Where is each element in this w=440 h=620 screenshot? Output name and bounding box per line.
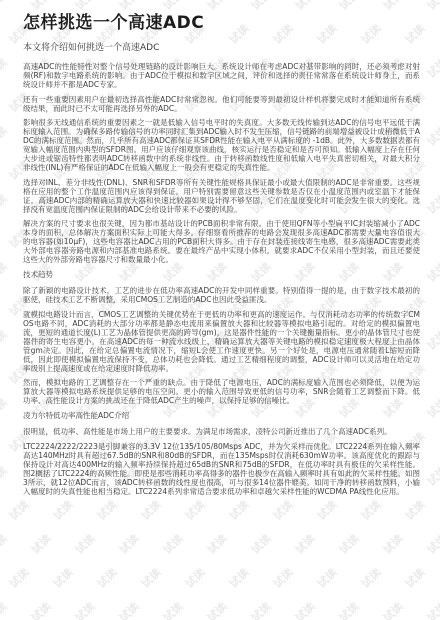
watermark-text: 试读: [336, 599, 363, 620]
watermark-text: 试读: [0, 531, 10, 558]
watermark-text: 试读: [72, 531, 99, 558]
watermark-text: 试读: [204, 531, 231, 558]
paragraph-low-level-distortion: 影响很多无线通信系统的重要因素之一就是低输入信号电平时的失真度。大多数无线传输到…: [23, 118, 420, 172]
watermark-text: 试读: [248, 599, 275, 620]
document-title: 怎样挑选一个高速ADC: [23, 13, 420, 34]
watermark-text: 试读: [226, 497, 253, 524]
watermark-text: 试读: [314, 565, 341, 592]
watermark-text: 试读: [94, 497, 121, 524]
watermark-text: 试读: [182, 497, 209, 524]
paragraph-cmos-scaling: 就模拟电路设计而言，CMOS工艺调整的关键优势在于更低的功率和更高的速度运作。与…: [23, 310, 420, 373]
watermark-text: 试读: [380, 599, 407, 620]
watermark-text: 试读: [402, 497, 429, 524]
watermark-text: 试读: [160, 531, 187, 558]
watermark-text: 试读: [424, 599, 440, 620]
section-heading-linear-adc-intro: 凌力尔特低功率高性能ADC介绍: [23, 411, 420, 420]
watermark-text: 试读: [292, 599, 319, 620]
document-page: 试读试读试读试读试读试读试读试读试读试读试读试读试读试读试读试读试读试读试读试读…: [0, 0, 440, 620]
paragraph-ltc2224-series: LTC2224/2222/2223是引脚兼容的3.3V 12位135/105/8…: [23, 442, 420, 496]
watermark-text: 试读: [270, 497, 297, 524]
watermark-text: 试读: [380, 531, 407, 558]
watermark-text: 试读: [204, 599, 231, 620]
watermark-text: 试读: [160, 599, 187, 620]
watermark-text: 试读: [358, 497, 385, 524]
watermark-text: 试读: [50, 565, 77, 592]
watermark-text: 试读: [336, 531, 363, 558]
paragraph-overlooked-factors: 还有一些重要因素用户在最初选择高性能ADC时常常忽视。他们可能要等到最初设计样机…: [23, 95, 420, 113]
watermark-text: 试读: [50, 497, 77, 524]
watermark-text: 试读: [72, 599, 99, 620]
section-heading-tech-trends: 技术趋势: [23, 270, 420, 279]
watermark-text: 试读: [138, 565, 165, 592]
document-content: 怎样挑选一个高速ADC 本文将介绍如何挑选一个高速ADC 高速ADC的性能特性对…: [0, 0, 440, 496]
watermark-text: 试读: [6, 565, 33, 592]
watermark-text: 试读: [182, 565, 209, 592]
watermark-text: 试读: [402, 565, 429, 592]
paragraph-guaranteed-specs: 选择对INL、差分非线性(DNL)、SNR和SFDR等所有关键性能规格具保证最小…: [23, 178, 420, 214]
watermark-text: 试读: [28, 599, 55, 620]
paragraph-process-progress: 除了新颖的电路设计技术，工艺的进步在低功率高速ADC的开发中同样重要。特别值得一…: [23, 286, 420, 304]
document-subtitle: 本文将介绍如何挑选一个高速ADC: [23, 43, 420, 54]
watermark-text: 试读: [0, 599, 10, 620]
watermark-text: 试读: [116, 599, 143, 620]
paragraph-scaling-drawback: 然而，模拟电路的工艺调整存在一个严重的缺点。由于降低了电源电压，ADC的满标度输…: [23, 378, 420, 405]
watermark-text: 试读: [28, 531, 55, 558]
watermark-text: 试读: [116, 531, 143, 558]
watermark-text: 试读: [314, 497, 341, 524]
watermark-text: 试读: [292, 531, 319, 558]
paragraph-market-demand: 很明显，低功率、高性能是市场上用户的主要要求。为满足市场需求，凌特公司新近推出了…: [23, 427, 420, 436]
watermark-text: 试读: [138, 497, 165, 524]
watermark-text: 试读: [226, 565, 253, 592]
watermark-text: 试读: [6, 497, 33, 524]
watermark-text: 试读: [358, 565, 385, 592]
paragraph-intro-impact: 高速ADC的性能特性对整个信号处理链路的设计影响巨大。系统设计师在考虑ADC对基…: [23, 62, 420, 89]
watermark-text: 试读: [270, 565, 297, 592]
watermark-text: 试读: [94, 565, 121, 592]
watermark-text: 试读: [248, 531, 275, 558]
paragraph-solution-size: 解决方案的尺寸要求也很关键，因为都市基站设计的PCB面积非常有限。由于使用QFN…: [23, 219, 420, 264]
watermark-text: 试读: [424, 531, 440, 558]
